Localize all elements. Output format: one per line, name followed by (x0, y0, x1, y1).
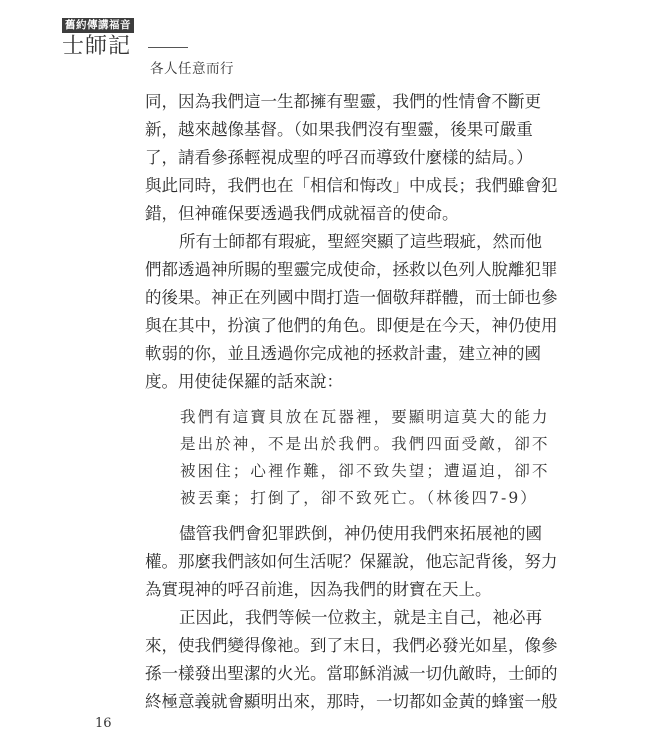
text-line: 同，因為我們這一生都擁有聖靈，我們的性情會不斷更 (145, 88, 507, 116)
book-title: 士師記 (62, 34, 131, 60)
paragraph-2: 所有士師都有瑕疵，聖經突顯了這些瑕疵，然而他 們都透過神所賜的聖靈完成使命，拯救… (145, 228, 507, 396)
text-line: 所有士師都有瑕疵，聖經突顯了這些瑕疵，然而他 (145, 228, 507, 256)
quote-line: 是出於神，不是出於我們。我們四面受敵，卻不 (180, 431, 507, 458)
text-line: 終極意義就會顯明出來，那時，一切都如金黃的蜂蜜一般 (145, 688, 507, 716)
text-line: 正因此，我們等候一位救主，就是主自己，祂必再 (145, 604, 507, 632)
series-tag: 舊約傳講福音 (62, 18, 134, 33)
text-line: 與此同時，我們也在「相信和悔改」中成長；我們雖會犯 (145, 172, 507, 200)
text-line: 孫一樣發出聖潔的火光。當耶穌消滅一切仇敵時，士師的 (145, 660, 507, 688)
text-line: 錯，但神確保要透過我們成就福音的使命。 (145, 200, 507, 228)
scripture-quote: 我們有這寶貝放在瓦器裡，要顯明這莫大的能力 是出於神，不是出於我們。我們四面受敵… (180, 404, 507, 512)
text-line: 的後果。神正在列國中間打造一個敬拜群體，而士師也參 (145, 284, 507, 312)
text-line: 來，使我們變得像祂。到了末日，我們必發光如星，像參 (145, 632, 507, 660)
text-line: 權。那麼我們該如何生活呢？保羅說，他忘記背後，努力 (145, 548, 507, 576)
paragraph-4: 正因此，我們等候一位救主，就是主自己，祂必再 來，使我們變得像祂。到了末日，我們… (145, 604, 507, 716)
title-rule (148, 47, 188, 48)
text-line: 新，越來越像基督。（如果我們沒有聖靈，後果可嚴重 (145, 116, 507, 144)
text-line: 度。用使徒保羅的話來說： (145, 368, 507, 396)
text-line: 與在其中，扮演了他們的角色。即便是在今天，神仍使用 (145, 312, 507, 340)
chapter-subtitle: 各人任意而行 (150, 60, 234, 78)
paragraph-1: 同，因為我們這一生都擁有聖靈，我們的性情會不斷更 新，越來越像基督。（如果我們沒… (145, 88, 507, 228)
text-line: 為實現神的呼召前進，因為我們的財寶在天上。 (145, 576, 507, 604)
quote-line: 被丟棄；打倒了，卻不致死亡。（林後四7-9） (180, 485, 507, 512)
quote-line: 我們有這寶貝放在瓦器裡，要顯明這莫大的能力 (180, 404, 507, 431)
text-line: 們都透過神所賜的聖靈完成使命，拯救以色列人脫離犯罪 (145, 256, 507, 284)
text-line: 軟弱的你，並且透過你完成祂的拯救計畫，建立神的國 (145, 340, 507, 368)
text-line: 了，請看參孫輕視成聖的呼召而導致什麼樣的結局。） (145, 144, 507, 172)
quote-line: 被困住；心裡作難，卻不致失望；遭逼迫，卻不 (180, 458, 507, 485)
body-text: 同，因為我們這一生都擁有聖靈，我們的性情會不斷更 新，越來越像基督。（如果我們沒… (145, 88, 507, 716)
paragraph-3: 儘管我們會犯罪跌倒，神仍使用我們來拓展祂的國 權。那麼我們該如何生活呢？保羅說，… (145, 520, 507, 604)
text-line: 儘管我們會犯罪跌倒，神仍使用我們來拓展祂的國 (145, 520, 507, 548)
page-number: 16 (95, 716, 112, 731)
